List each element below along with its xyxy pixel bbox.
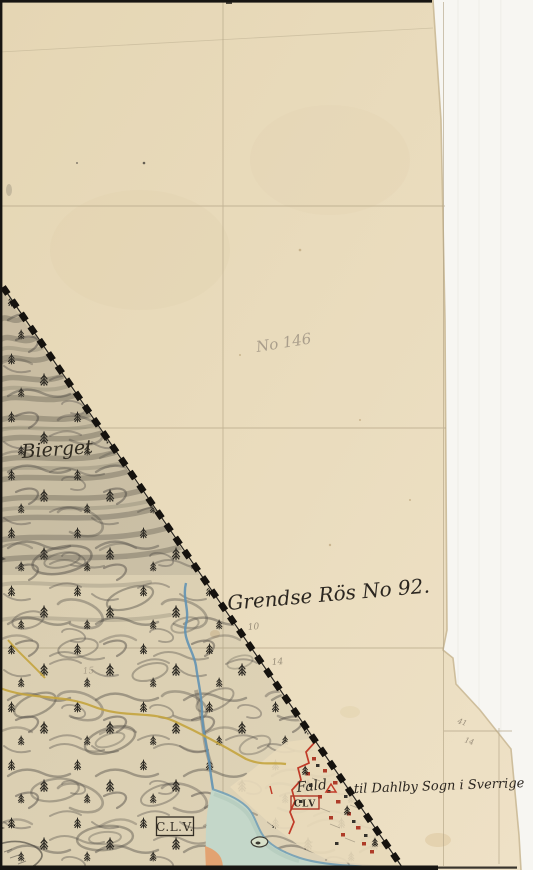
map-svg: CLV C.L.V. Bierget Grendse Rös No 92. No… bbox=[0, 0, 533, 870]
map-scan-stage: CLV C.L.V. Bierget Grendse Rös No 92. No… bbox=[0, 0, 533, 870]
frame-left bbox=[0, 0, 2, 870]
label-fald: Fald bbox=[295, 777, 328, 796]
pencil-mark-14: 14 bbox=[271, 657, 284, 668]
frame-bottom bbox=[0, 866, 438, 870]
clv-small-text: CLV bbox=[294, 800, 316, 810]
frame-top bbox=[0, 0, 432, 3]
pencil-mark-15: 15 bbox=[82, 666, 95, 677]
label-clv-large: C.L.V. bbox=[156, 817, 194, 836]
clv-large-text: C.L.V. bbox=[156, 820, 194, 834]
frame-bottom-right bbox=[438, 867, 517, 869]
pencil-mark-10: 10 bbox=[247, 622, 260, 633]
